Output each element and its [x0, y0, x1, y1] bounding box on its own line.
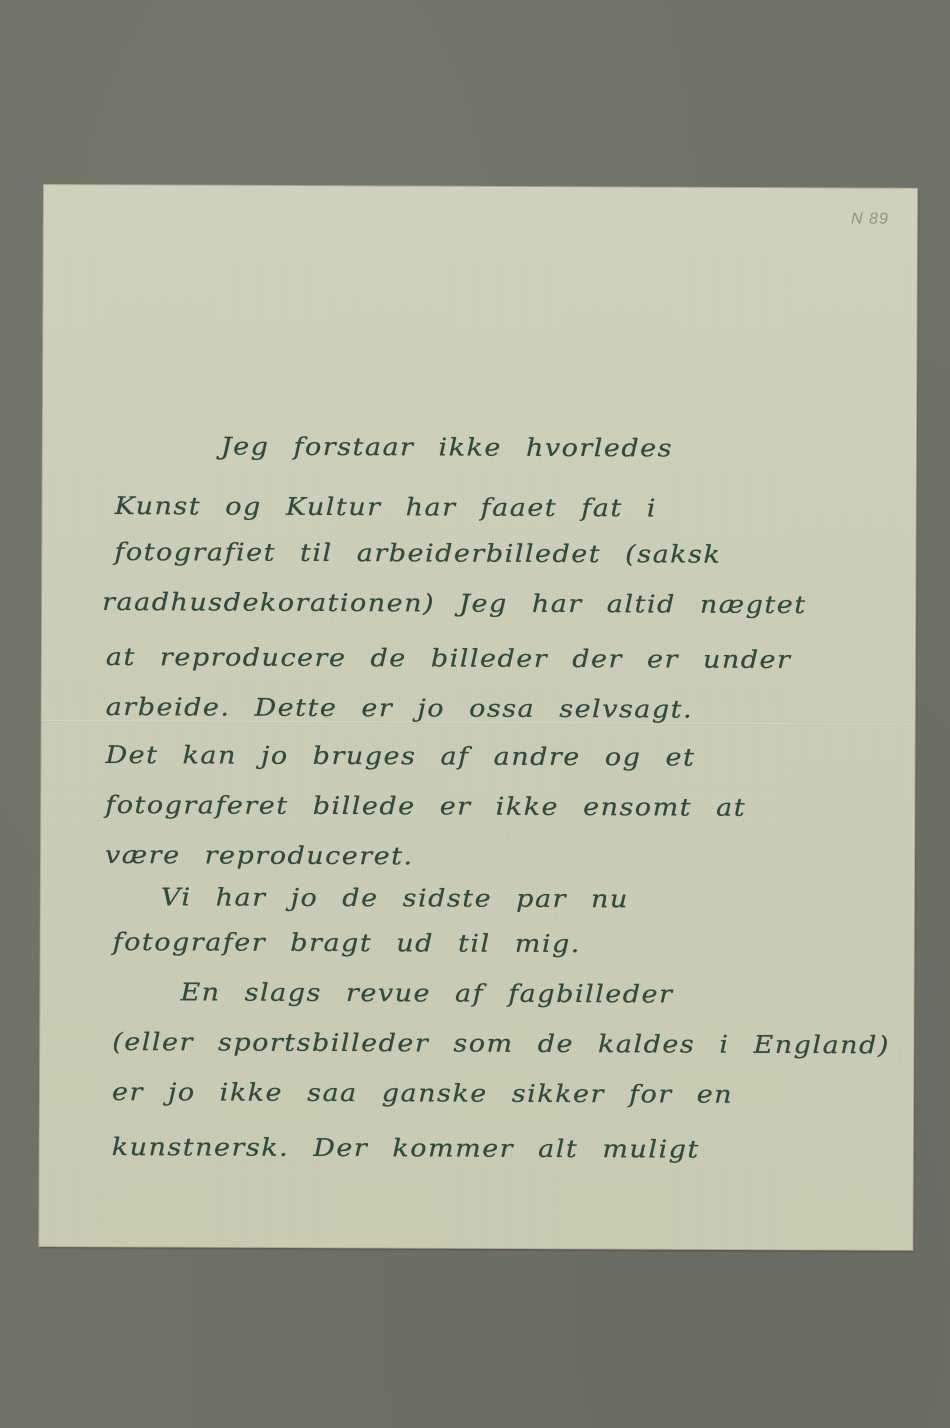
letter-line: er jo ikke saa ganske sikker for en	[112, 1078, 733, 1109]
letter-line: (eller sportsbilleder som de kaldes i En…	[112, 1028, 890, 1059]
letter-body: Jeg forstaar ikke hvorledes Kunst og Kul…	[39, 185, 917, 1250]
letter-line: Jeg forstaar ikke hvorledes	[221, 433, 673, 463]
letter-sheet: N 89 Jeg forstaar ikke hvorledes Kunst o…	[39, 185, 917, 1250]
letter-line: Det kan jo bruges af andre og et	[105, 741, 695, 771]
letter-line: fotografiet til arbeiderbilledet (saksk	[114, 538, 721, 569]
letter-line: Kunst og Kultur har faaet fat i	[115, 492, 657, 522]
letter-line: at reproducere de billeder der er under	[106, 643, 792, 674]
letter-line: fotografer bragt ud til mig.	[113, 928, 581, 958]
letter-line: være reproduceret.	[105, 841, 414, 870]
letter-line: arbeide. Dette er jo ossa selvsagt.	[106, 693, 694, 723]
letter-line: raadhusdekorationen) Jeg har altid nægte…	[102, 588, 807, 619]
letter-line: fotograferet billede er ikke ensomt at	[105, 791, 746, 822]
letter-line: Vi har jo de sidste par nu	[161, 884, 629, 914]
letter-line: kunstnersk. Der kommer alt muligt	[112, 1133, 700, 1163]
letter-line: En slags revue af fagbilleder	[180, 979, 673, 1009]
